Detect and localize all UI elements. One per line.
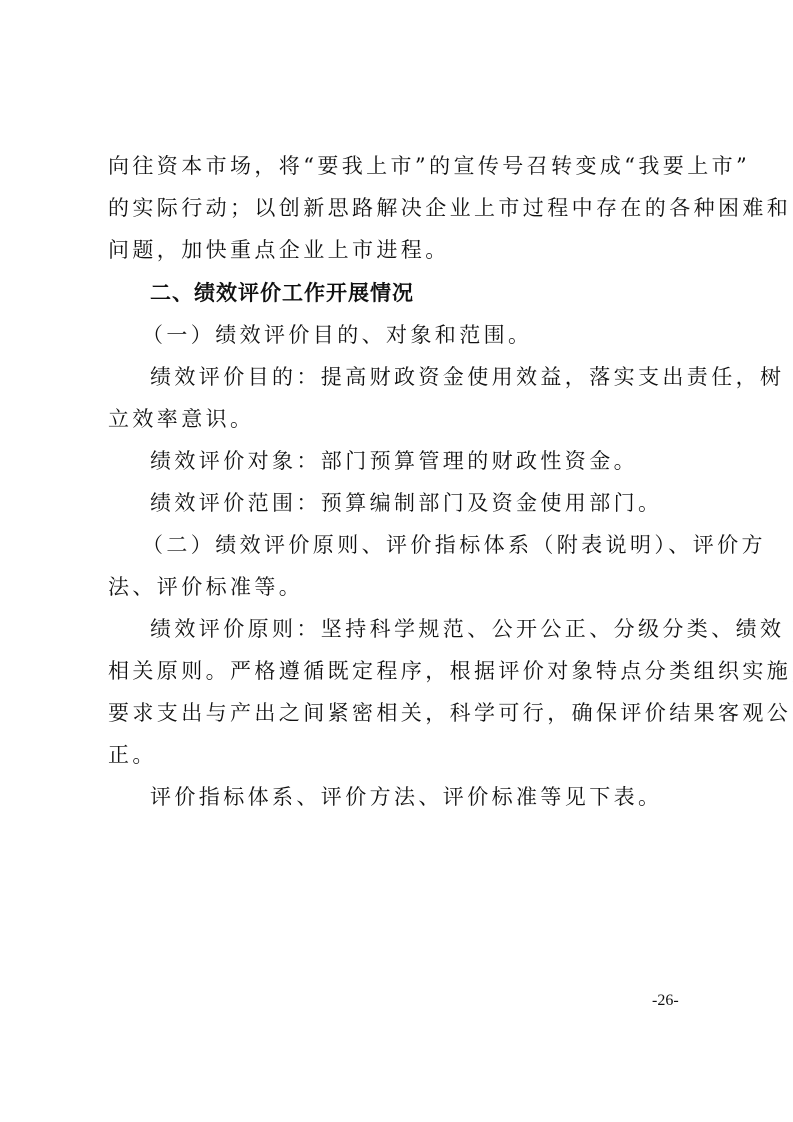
body-text-line: 绩效评价范围：预算编制部门及资金使用部门。 [150, 488, 735, 518]
page-number: -26- [652, 992, 679, 1010]
body-text-line: 要求支出与产出之间紧密相关，科学可行，确保评价结果客观公 [108, 698, 693, 728]
subheading: （一）绩效评价目的、对象和范围。 [142, 320, 727, 350]
body-text-line: 正。 [108, 740, 693, 770]
body-text-line: 向往资本市场，将“要我上市”的宣传号召转变成“我要上市” [108, 151, 693, 181]
section-heading: 二、绩效评价工作开展情况 [150, 278, 735, 308]
body-text-line: 的实际行动；以创新思路解决企业上市过程中存在的各种困难和 [108, 193, 693, 223]
body-text-line: 绩效评价目的：提高财政资金使用效益，落实支出责任，树 [150, 362, 735, 392]
body-text-line: 立效率意识。 [108, 404, 693, 434]
body-text-line: 相关原则。严格遵循既定程序，根据评价对象特点分类组织实施， [108, 656, 693, 686]
document-page: 向往资本市场，将“要我上市”的宣传号召转变成“我要上市” 的实际行动；以创新思路… [0, 0, 793, 1122]
body-text-line: 评价指标体系、评价方法、评价标准等见下表。 [150, 782, 735, 812]
subheading: （二）绩效评价原则、评价指标体系（附表说明）、评价方 [142, 530, 727, 560]
body-text-line: 绩效评价对象：部门预算管理的财政性资金。 [150, 446, 735, 476]
body-text-line: 问题，加快重点企业上市进程。 [108, 235, 693, 265]
body-text-line: 绩效评价原则：坚持科学规范、公开公正、分级分类、绩效 [150, 614, 735, 644]
body-text-line: 法、评价标准等。 [108, 572, 693, 602]
